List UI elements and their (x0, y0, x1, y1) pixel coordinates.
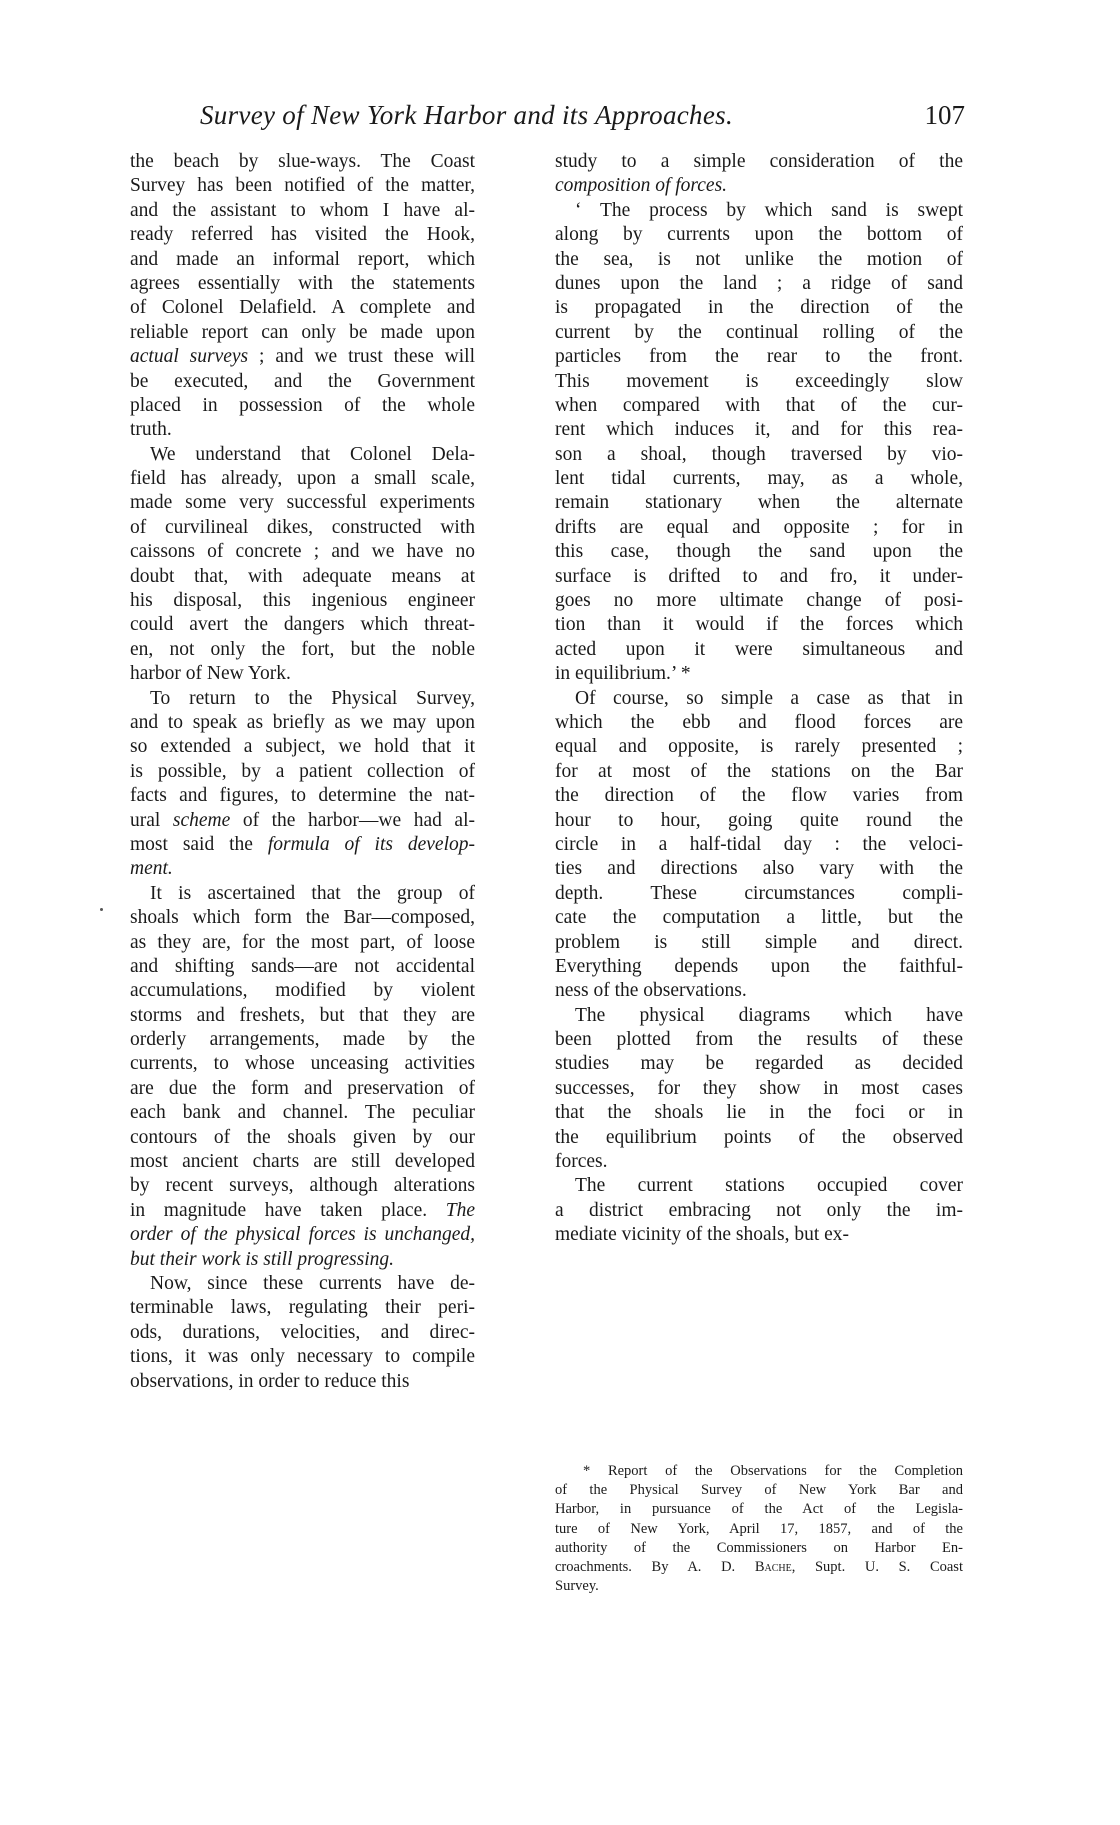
text-line: The physical diagrams which have (555, 1004, 963, 1028)
text-line: lent tidal currents, may, as a whole, (555, 467, 963, 491)
text-line: accumulations, modified by violent (130, 979, 475, 1003)
text-line: facts and figures, to determine the nat- (130, 784, 475, 808)
text-line: so extended a subject, we hold that it (130, 735, 475, 759)
text-line: of Colonel Delafield. A complete and (130, 296, 475, 320)
text-line: current by the continual rolling of the (555, 321, 963, 345)
text-line: Survey. (555, 1577, 963, 1596)
text-line: Now, since these currents have de- (130, 1272, 475, 1296)
text-line: the beach by slue-ways. The Coast (130, 150, 475, 174)
running-header: Survey of New York Harbor and its Approa… (200, 100, 965, 140)
text-line: agrees essentially with the statements (130, 272, 475, 296)
text-line: most ancient charts are still developed (130, 1150, 475, 1174)
text-line: This movement is exceedingly slow (555, 370, 963, 394)
text-line: successes, for they show in most cases (555, 1077, 963, 1101)
text-line: ness of the observations. (555, 979, 963, 1003)
text-line: the direction of the flow varies from (555, 784, 963, 808)
text-line: ture of New York, April 17, 1857, and of… (555, 1520, 963, 1539)
text-line: caissons of concrete ; and we have no (130, 540, 475, 564)
text-line: as they are, for the most part, of loose (130, 931, 475, 955)
text-line: tions, it was only necessary to compile (130, 1345, 475, 1369)
text-line: dunes upon the land ; a ridge of sand (555, 272, 963, 296)
text-line: hour to hour, going quite round the (555, 809, 963, 833)
text-line: Harbor, in pursuance of the Act of the L… (555, 1500, 963, 1519)
text-line: of curvilineal dikes, constructed with (130, 516, 475, 540)
text-line: ods, durations, velocities, and direc- (130, 1321, 475, 1345)
text-line: depth. These circumstances compli- (555, 882, 963, 906)
text-line: reliable report can only be made upon (130, 321, 475, 345)
text-line: ural scheme of the harbor—we had al- (130, 809, 475, 833)
text-line: shoals which form the Bar—composed, (130, 906, 475, 930)
text-line: in magnitude have taken place. The (130, 1199, 475, 1223)
text-line: studies may be regarded as decided (555, 1052, 963, 1076)
left-column: the beach by slue-ways. The CoastSurvey … (130, 150, 475, 1394)
text-line: composition of forces. (555, 174, 963, 198)
text-line: surface is drifted to and fro, it under- (555, 565, 963, 589)
running-title: Survey of New York Harbor and its Approa… (200, 100, 733, 131)
text-line: study to a simple consideration of the (555, 150, 963, 174)
text-line: truth. (130, 418, 475, 442)
text-line: son a shoal, though traversed by vio- (555, 443, 963, 467)
text-line: actual surveys ; and we trust these will (130, 345, 475, 369)
text-line: We understand that Colonel Dela- (130, 443, 475, 467)
text-line: field has already, upon a small scale, (130, 467, 475, 491)
text-line: remain stationary when the alternate (555, 491, 963, 515)
text-line: his disposal, this ingenious engineer (130, 589, 475, 613)
text-line: en, not only the fort, but the noble (130, 638, 475, 662)
text-line: harbor of New York. (130, 662, 475, 686)
text-line: authority of the Commissioners on Harbor… (555, 1539, 963, 1558)
text-line: observations, in order to reduce this (130, 1370, 475, 1394)
text-line: the equilibrium points of the observed (555, 1126, 963, 1150)
text-line: that the shoals lie in the foci or in (555, 1101, 963, 1125)
text-line: been plotted from the results of these (555, 1028, 963, 1052)
text-line: particles from the rear to the front. (555, 345, 963, 369)
text-line: equal and opposite, is rarely presented … (555, 735, 963, 759)
text-line: It is ascertained that the group of (130, 882, 475, 906)
text-line: made some very successful experiments (130, 491, 475, 515)
text-line: * Report of the Observations for the Com… (555, 1462, 963, 1481)
text-line: in equilibrium.’ * (555, 662, 963, 686)
scan-speck (100, 908, 103, 911)
text-line: and the assistant to whom I have al- (130, 199, 475, 223)
text-line: is possible, by a patient collection of (130, 760, 475, 784)
footnote: * Report of the Observations for the Com… (555, 1462, 963, 1596)
text-line: be executed, and the Government (130, 370, 475, 394)
text-line: The current stations occupied cover (555, 1174, 963, 1198)
text-line: are due the form and preservation of (130, 1077, 475, 1101)
text-line: order of the physical forces is unchange… (130, 1223, 475, 1247)
page-number: 107 (925, 100, 966, 131)
text-line: placed in possession of the whole (130, 394, 475, 418)
text-line: a district embracing not only the im- (555, 1199, 963, 1223)
text-line: this case, though the sand upon the (555, 540, 963, 564)
text-line: forces. (555, 1150, 963, 1174)
text-line: doubt that, with adequate means at (130, 565, 475, 589)
text-line: rent which induces it, and for this rea- (555, 418, 963, 442)
right-column: study to a simple consideration of theco… (555, 150, 963, 1248)
text-line: when compared with that of the cur- (555, 394, 963, 418)
text-line: most said the formula of its develop- (130, 833, 475, 857)
text-line: croachments. By A. D. Bache, Supt. U. S.… (555, 1558, 963, 1577)
text-line: could avert the dangers which threat- (130, 613, 475, 637)
text-line: goes no more ultimate change of posi- (555, 589, 963, 613)
text-line: along by currents upon the bottom of (555, 223, 963, 247)
text-line: ‘ The process by which sand is swept (555, 199, 963, 223)
text-line: of the Physical Survey of New York Bar a… (555, 1481, 963, 1500)
text-line: Everything depends upon the faithful- (555, 955, 963, 979)
text-line: by recent surveys, although alterations (130, 1174, 475, 1198)
text-line: ties and directions also vary with the (555, 857, 963, 881)
text-line: tion than it would if the forces which (555, 613, 963, 637)
text-line: mediate vicinity of the shoals, but ex- (555, 1223, 963, 1247)
text-line: which the ebb and flood forces are (555, 711, 963, 735)
text-line: drifts are equal and opposite ; for in (555, 516, 963, 540)
text-line: and shifting sands—are not accidental (130, 955, 475, 979)
text-line: circle in a half-tidal day : the veloci- (555, 833, 963, 857)
text-line: the sea, is not unlike the motion of (555, 248, 963, 272)
text-line: and to speak as briefly as we may upon (130, 711, 475, 735)
text-line: each bank and channel. The peculiar (130, 1101, 475, 1125)
text-line: terminable laws, regulating their peri- (130, 1296, 475, 1320)
text-line: Of course, so simple a case as that in (555, 687, 963, 711)
text-line: ment. (130, 857, 475, 881)
text-line: is propagated in the direction of the (555, 296, 963, 320)
text-line: To return to the Physical Survey, (130, 687, 475, 711)
text-line: cate the computation a little, but the (555, 906, 963, 930)
text-line: currents, to whose unceasing activities (130, 1052, 475, 1076)
text-line: problem is still simple and direct. (555, 931, 963, 955)
text-line: for at most of the stations on the Bar (555, 760, 963, 784)
text-line: but their work is still progressing. (130, 1248, 475, 1272)
text-line: acted upon it were simultaneous and (555, 638, 963, 662)
text-line: orderly arrangements, made by the (130, 1028, 475, 1052)
text-line: ready referred has visited the Hook, (130, 223, 475, 247)
text-line: contours of the shoals given by our (130, 1126, 475, 1150)
text-line: and made an informal report, which (130, 248, 475, 272)
text-line: storms and freshets, but that they are (130, 1004, 475, 1028)
text-line: Survey has been notified of the matter, (130, 174, 475, 198)
